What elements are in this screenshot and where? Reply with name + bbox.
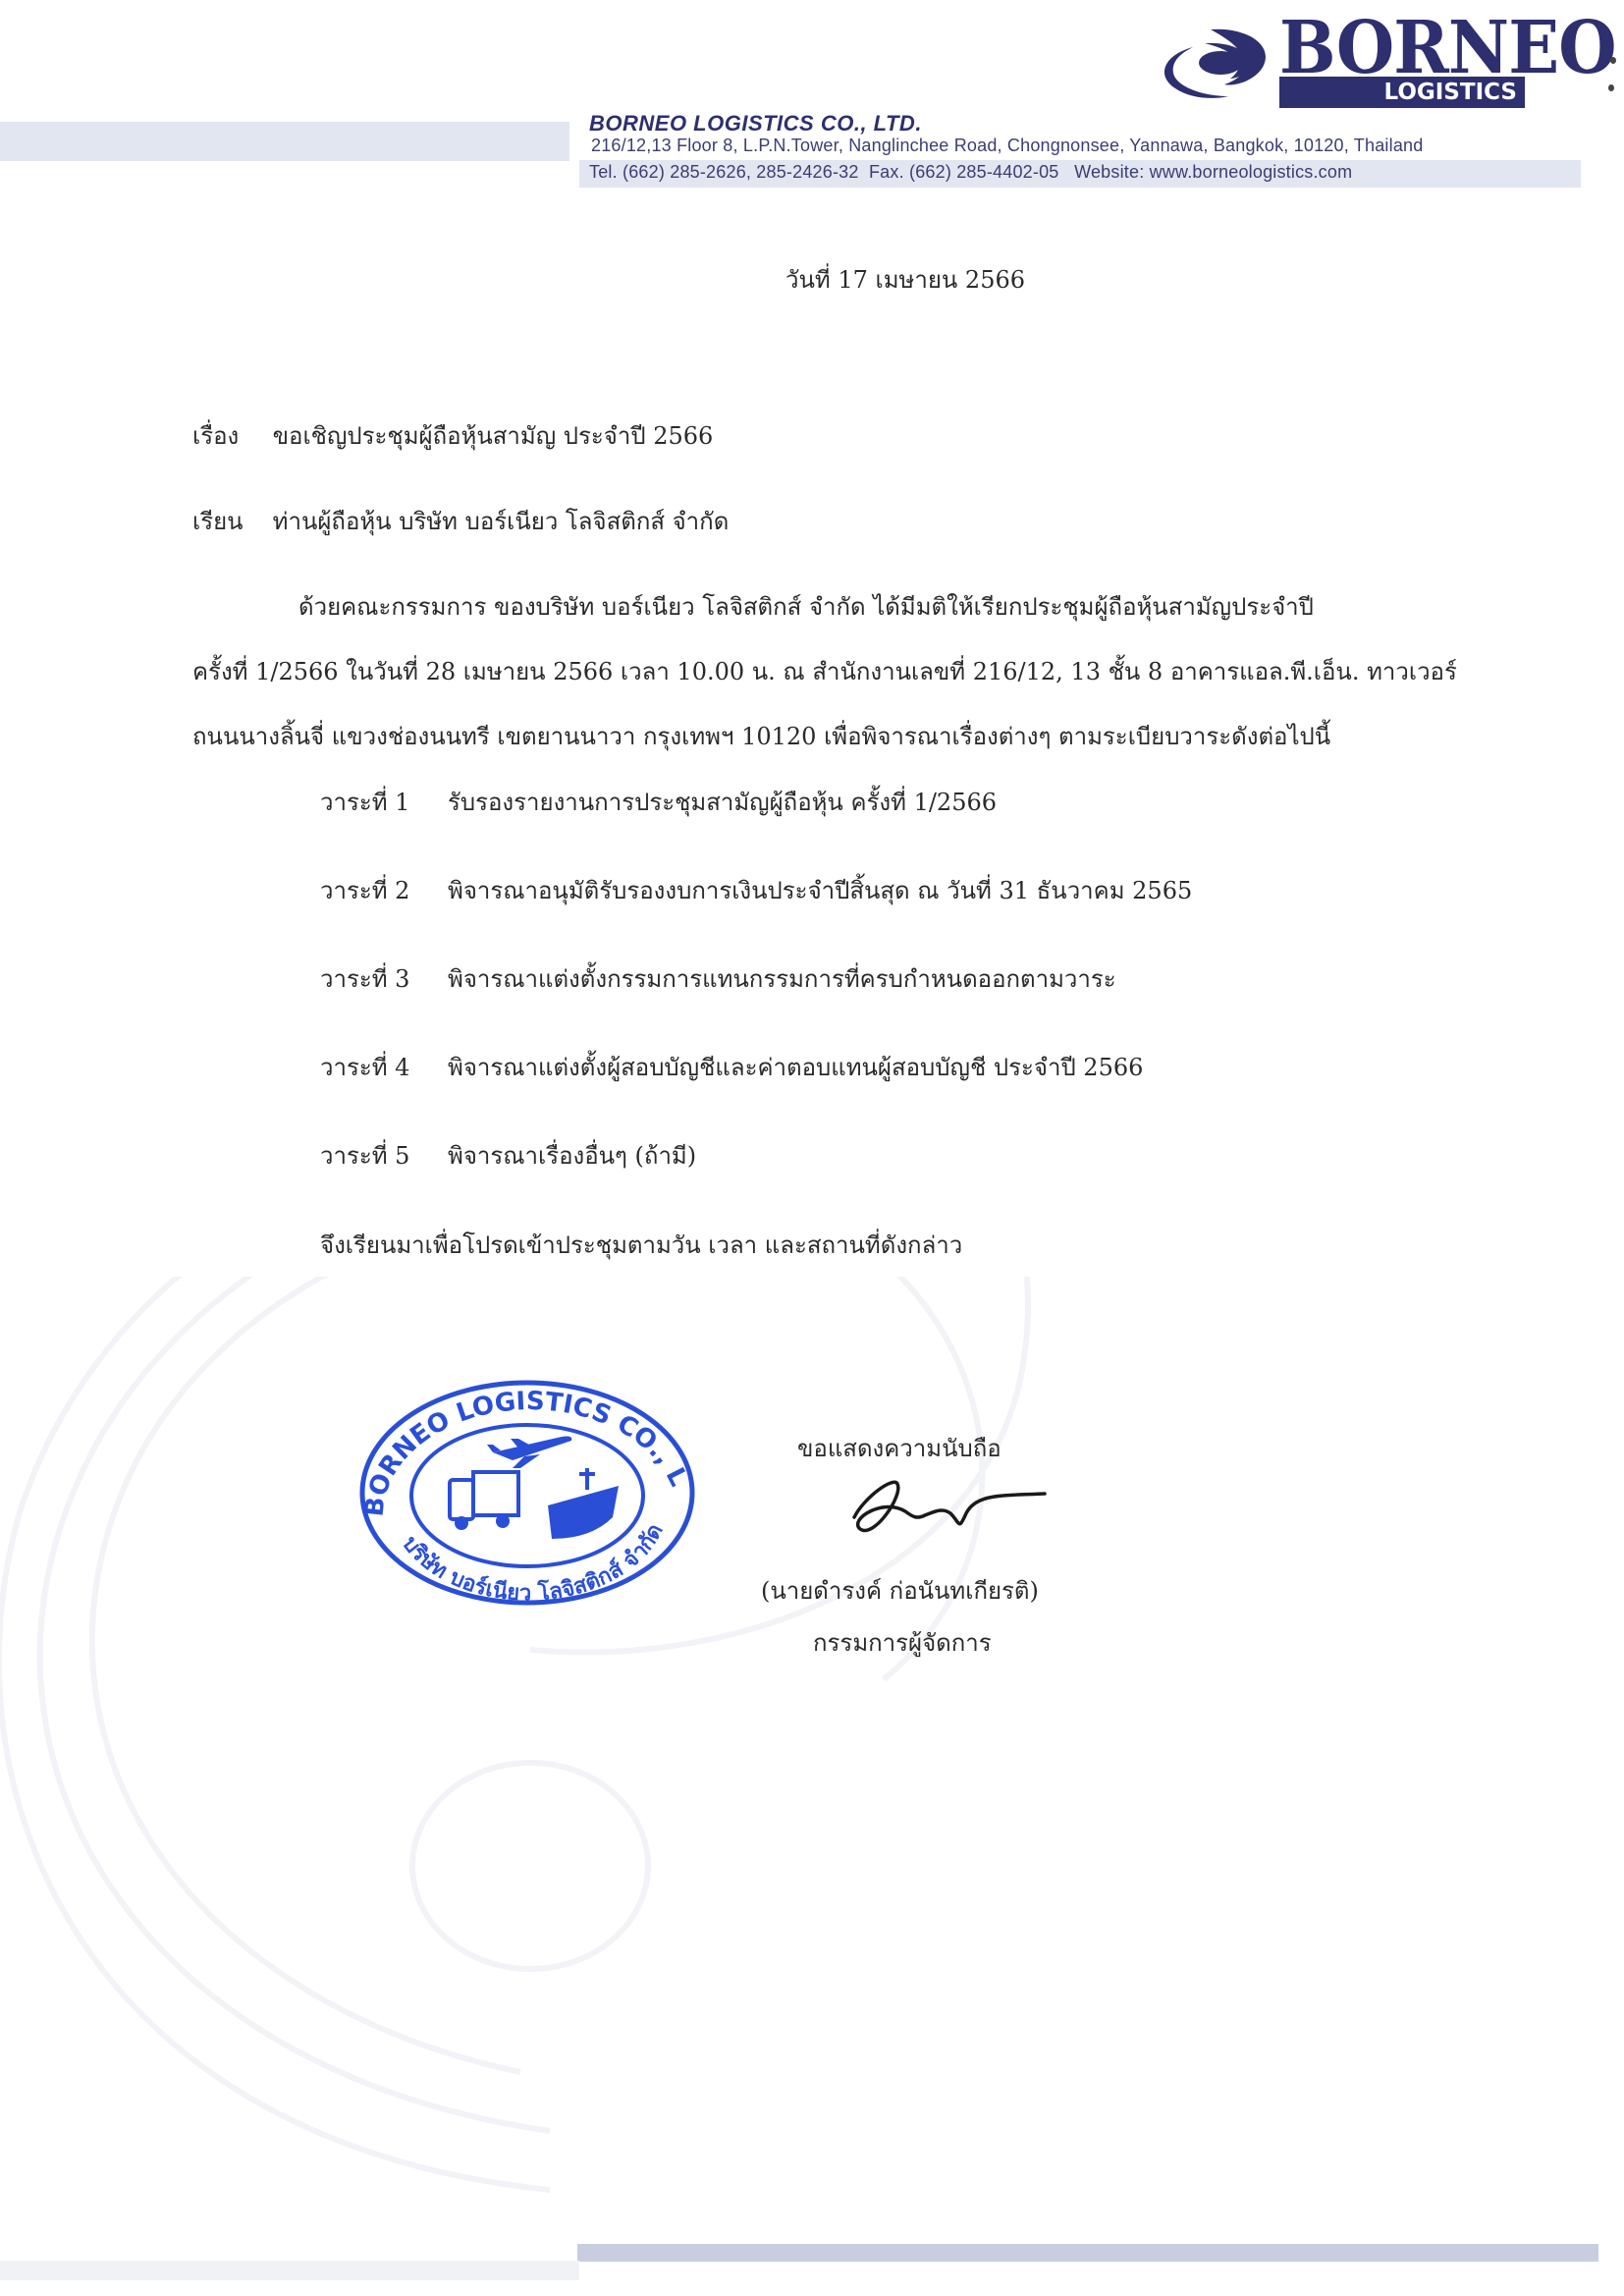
footer-band-light	[0, 2261, 579, 2280]
subject-label: เรื่อง	[192, 421, 265, 451]
regards-text: ขอแสดงความนับถือ	[797, 1434, 1001, 1463]
agenda-item: วาระที่ 5พิจารณาเรื่องอื่นๆ (ถ้ามี)	[320, 1141, 1192, 1171]
company-address: 216/12,13 Floor 8, L.P.N.Tower, Nanglinc…	[591, 136, 1423, 156]
swirl-logo-icon	[1154, 22, 1281, 105]
agenda-number: วาระที่ 4	[320, 1053, 448, 1082]
company-logo: BORNEO LOGISTICS	[1154, 14, 1556, 107]
ship-icon	[548, 1468, 619, 1539]
agenda-number: วาระที่ 3	[320, 964, 448, 994]
logo-submark: LOGISTICS	[1279, 77, 1525, 108]
agenda-number: วาระที่ 5	[320, 1141, 448, 1171]
agenda-text: พิจารณาเรื่องอื่นๆ (ถ้ามี)	[448, 1142, 696, 1170]
letterhead-band	[0, 122, 569, 161]
body-paragraph: ด้วยคณะกรรมการ ของบริษัท บอร์เนียว โลจิส…	[192, 592, 1400, 787]
footer-band	[577, 2244, 1598, 2262]
paragraph-line: ถนนนางลิ้นจี่ แขวงช่องนนทรี เขตยานนาวา ก…	[192, 722, 1400, 751]
agenda-number: วาระที่ 1	[320, 788, 448, 817]
truck-icon	[450, 1472, 518, 1528]
agenda-item: วาระที่ 4พิจารณาแต่งตั้งผู้สอบบัญชีและค่…	[320, 1053, 1192, 1082]
agenda-list: วาระที่ 1รับรองรายงานการประชุมสามัญผู้ถื…	[320, 788, 1192, 1230]
agenda-text: พิจารณาอนุมัติรับรองงบการเงินประจำปีสิ้น…	[448, 877, 1192, 904]
signer-name: (นายดำรงค์ ก่อนันทเกียรติ)	[761, 1576, 1039, 1606]
agenda-text: รับรองรายงานการประชุมสามัญผู้ถือหุ้น ครั…	[448, 789, 997, 816]
agenda-text: พิจารณาแต่งตั้งผู้สอบบัญชีและค่าตอบแทนผู…	[448, 1054, 1143, 1081]
closing-line: จึงเรียนมาเพื่อโปรดเข้าประชุมตามวัน เวลา…	[320, 1230, 962, 1260]
logo-wordmark: BORNEO	[1279, 14, 1616, 82]
subject-text: ขอเชิญประชุมผู้ถือหุ้นสามัญ ประจำปี 2566	[273, 422, 714, 450]
company-contact: Tel. (662) 285-2626, 285-2426-32 Fax. (6…	[589, 162, 1352, 183]
agenda-item: วาระที่ 3พิจารณาแต่งตั้งกรรมการแทนกรรมกา…	[320, 964, 1192, 994]
recipient-label: เรียน	[192, 507, 265, 536]
agenda-item: วาระที่ 1รับรองรายงานการประชุมสามัญผู้ถื…	[320, 788, 1192, 817]
agenda-text: พิจารณาแต่งตั้งกรรมการแทนกรรมการที่ครบกำ…	[448, 965, 1116, 993]
recipient-line: เรียน ท่านผู้ถือหุ้น บริษัท บอร์เนียว โล…	[192, 507, 729, 536]
paragraph-line: ครั้งที่ 1/2566 ในวันที่ 28 เมษายน 2566 …	[192, 657, 1400, 686]
subject-line: เรื่อง ขอเชิญประชุมผู้ถือหุ้นสามัญ ประจำ…	[192, 421, 713, 451]
airplane-icon	[487, 1437, 571, 1469]
scan-speck	[1610, 57, 1616, 64]
paragraph-line: ด้วยคณะกรรมการ ของบริษัท บอร์เนียว โลจิส…	[192, 592, 1400, 622]
company-name: BORNEO LOGISTICS CO., LTD.	[589, 111, 922, 137]
signer-title: กรรมการผู้จัดการ	[813, 1628, 992, 1658]
recipient-text: ท่านผู้ถือหุ้น บริษัท บอร์เนียว โลจิสติก…	[273, 508, 730, 535]
letter-date: วันที่ 17 เมษายน 2566	[785, 265, 1025, 295]
company-stamp: BORNEO LOGISTICS CO., LTD. บริษัท บอร์เน…	[355, 1370, 699, 1606]
agenda-item: วาระที่ 2พิจารณาอนุมัติรับรองงบการเงินปร…	[320, 876, 1192, 905]
handwritten-signature	[844, 1468, 1051, 1547]
agenda-number: วาระที่ 2	[320, 876, 448, 905]
scan-speck	[1608, 84, 1614, 91]
